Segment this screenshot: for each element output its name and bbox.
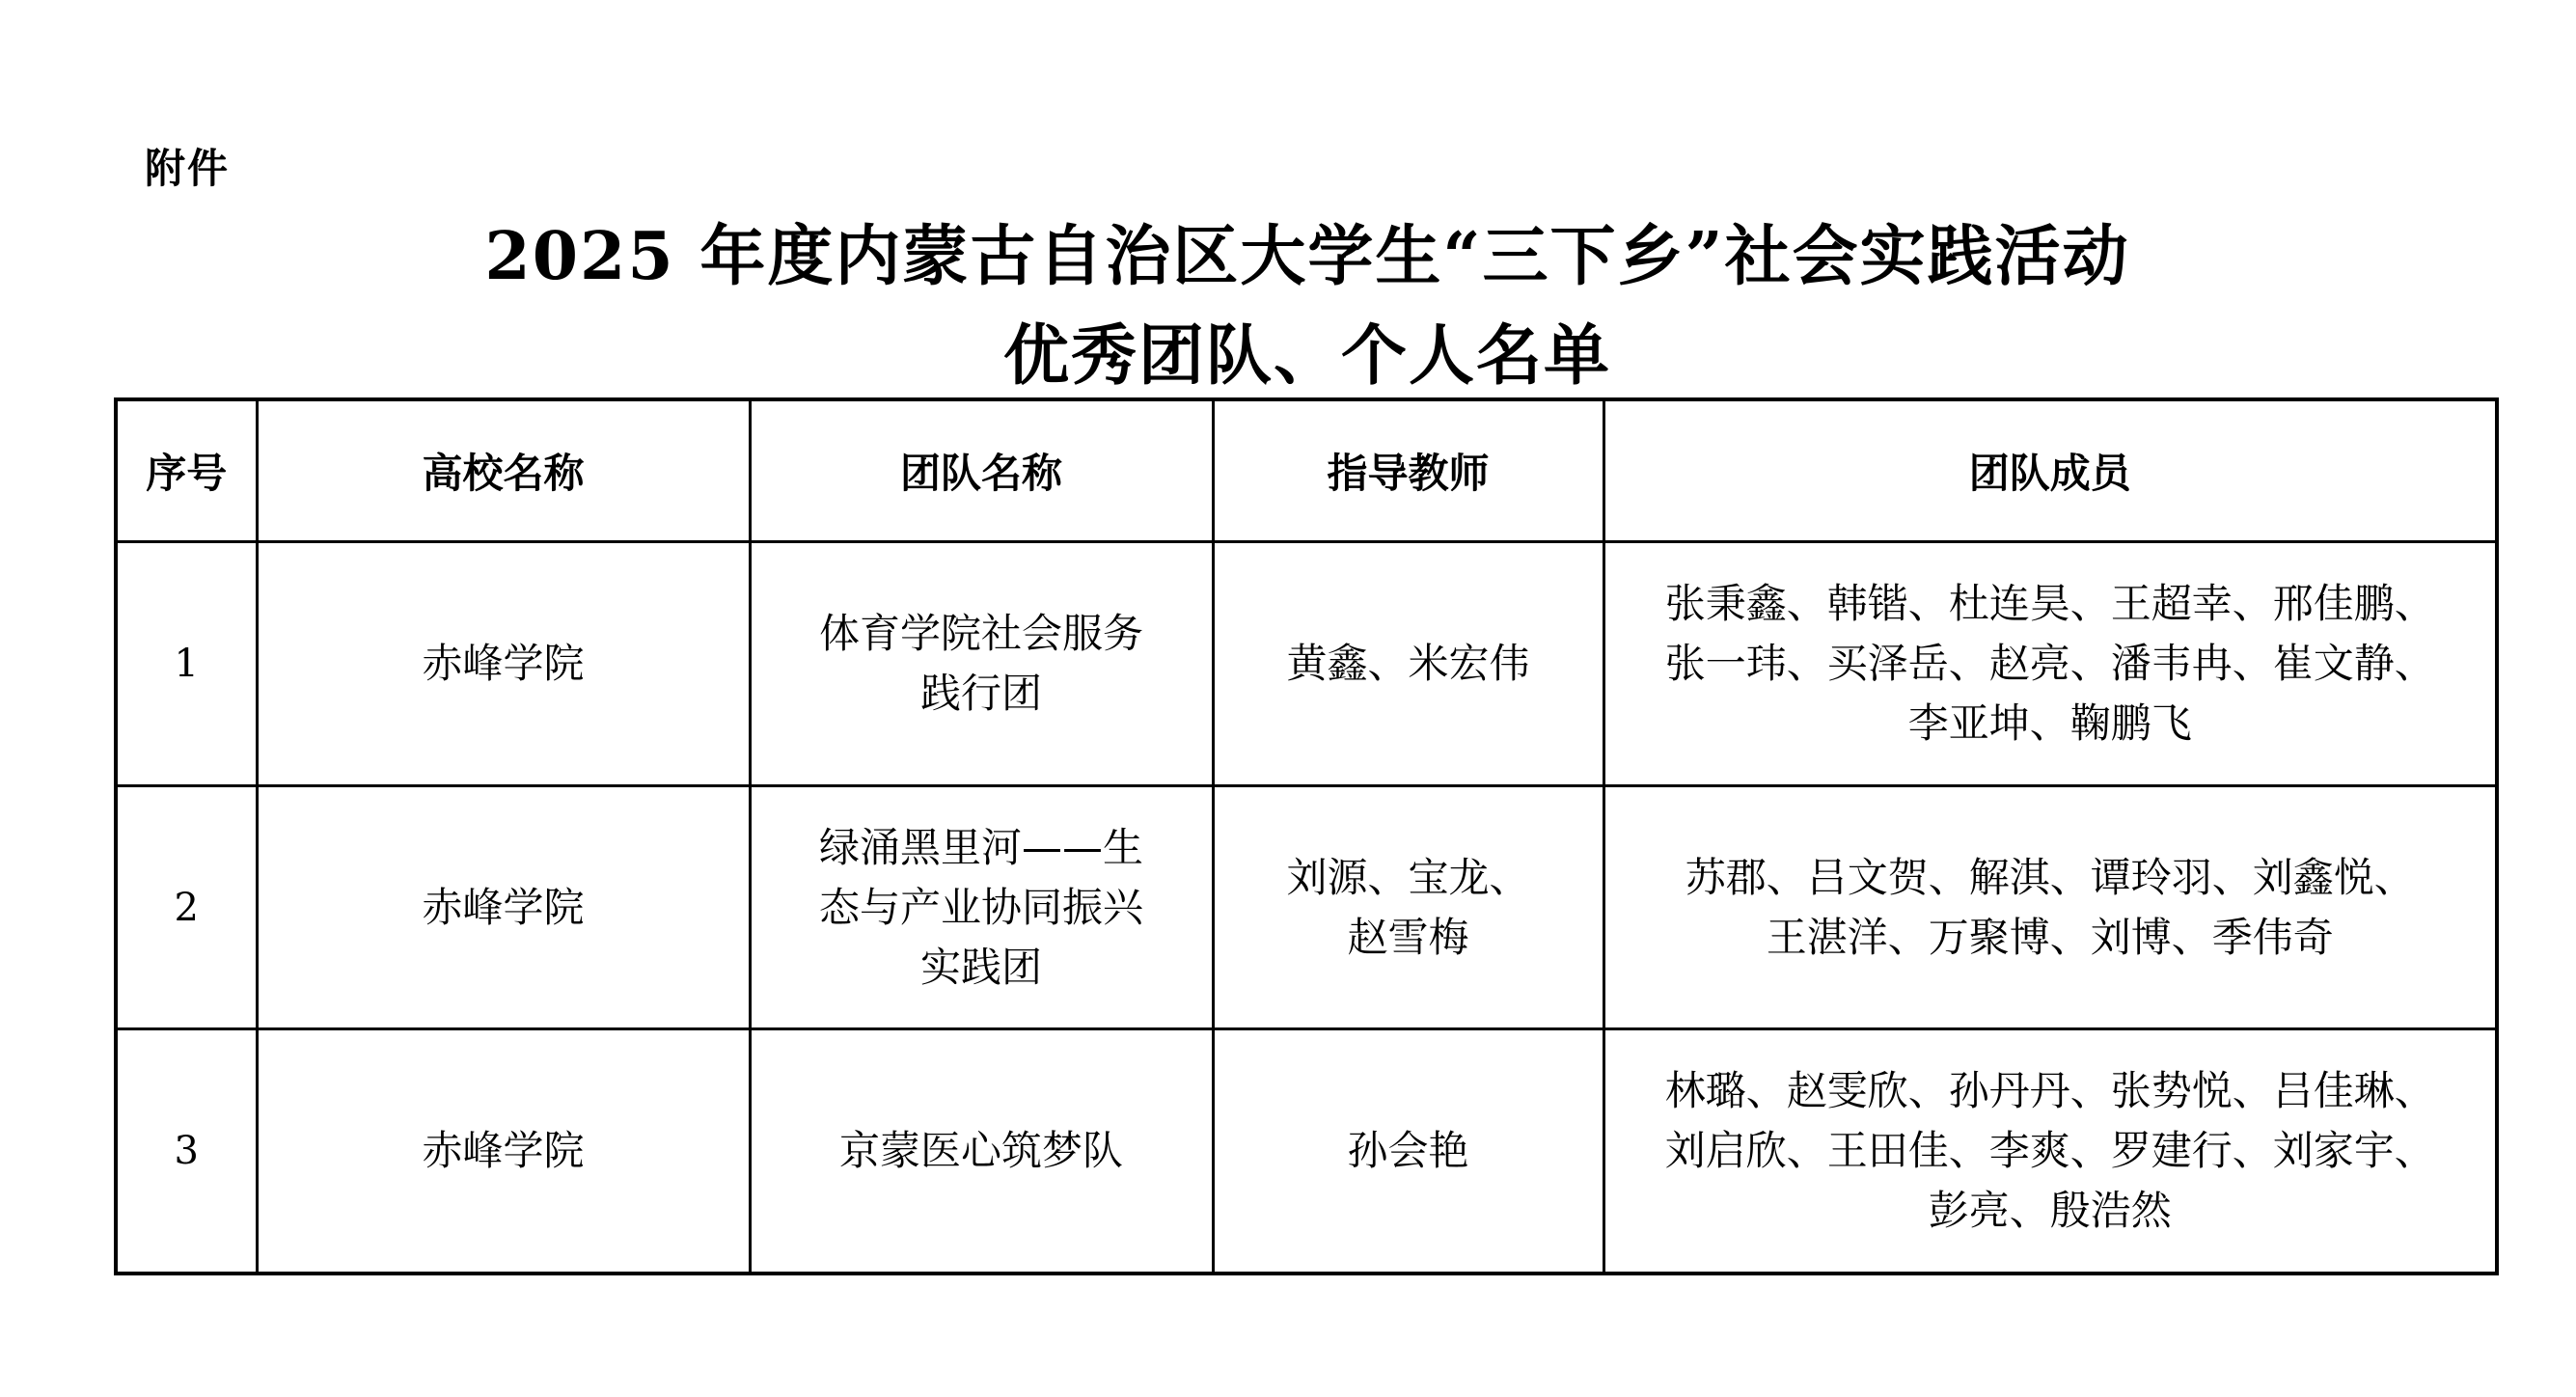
table-header-row: 序号 高校名称 团队名称 指导教师 团队成员 bbox=[116, 399, 2497, 542]
team-name-line: 体育学院社会服务 bbox=[765, 604, 1198, 664]
members-line: 王湛洋、万聚博、刘博、季伟奇 bbox=[1619, 908, 2482, 968]
members-line: 彭亮、殷浩然 bbox=[1619, 1181, 2482, 1241]
cell-team: 京蒙医心筑梦队 bbox=[750, 1029, 1213, 1274]
team-name-line: 京蒙医心筑梦队 bbox=[765, 1121, 1198, 1181]
members-line: 苏郡、吕文贺、解淇、谭玲羽、刘鑫悦、 bbox=[1619, 848, 2482, 908]
header-school: 高校名称 bbox=[257, 399, 750, 542]
team-name-line: 态与产业协同振兴 bbox=[765, 878, 1198, 938]
members-line: 张一玮、买泽岳、赵亮、潘韦冉、崔文静、 bbox=[1619, 634, 2482, 694]
cell-school: 赤峰学院 bbox=[257, 786, 750, 1029]
cell-members: 张秉鑫、韩锴、杜连昊、王超幸、邢佳鹏、 张一玮、买泽岳、赵亮、潘韦冉、崔文静、 … bbox=[1603, 542, 2497, 786]
cell-school: 赤峰学院 bbox=[257, 542, 750, 786]
cell-members: 林璐、赵雯欣、孙丹丹、张势悦、吕佳琳、 刘启欣、王田佳、李爽、罗建行、刘家宇、 … bbox=[1603, 1029, 2497, 1274]
members-line: 刘启欣、王田佳、李爽、罗建行、刘家宇、 bbox=[1619, 1121, 2482, 1181]
header-members: 团队成员 bbox=[1603, 399, 2497, 542]
header-team: 团队名称 bbox=[750, 399, 1213, 542]
cell-members: 苏郡、吕文贺、解淇、谭玲羽、刘鑫悦、 王湛洋、万聚博、刘博、季伟奇 bbox=[1603, 786, 2497, 1029]
cell-index: 3 bbox=[116, 1029, 257, 1274]
advisor-line: 黄鑫、米宏伟 bbox=[1228, 634, 1589, 694]
award-list-table: 序号 高校名称 团队名称 指导教师 团队成员 1 赤峰学院 体育学院社会服务 践… bbox=[114, 397, 2499, 1275]
cell-team: 体育学院社会服务 践行团 bbox=[750, 542, 1213, 786]
cell-advisor: 孙会艳 bbox=[1213, 1029, 1603, 1274]
advisor-line: 赵雪梅 bbox=[1228, 908, 1589, 968]
members-line: 李亚坤、鞠鹏飞 bbox=[1619, 694, 2482, 753]
advisor-line: 刘源、宝龙、 bbox=[1228, 848, 1589, 908]
cell-index: 2 bbox=[116, 786, 257, 1029]
attachment-label: 附件 bbox=[145, 137, 230, 195]
members-line: 张秉鑫、韩锴、杜连昊、王超幸、邢佳鹏、 bbox=[1619, 574, 2482, 634]
table-row: 1 赤峰学院 体育学院社会服务 践行团 黄鑫、米宏伟 张秉鑫、韩锴、杜连昊、王超… bbox=[116, 542, 2497, 786]
cell-team: 绿涌黑里河——生 态与产业协同振兴 实践团 bbox=[750, 786, 1213, 1029]
document-title-line1: 2025 年度内蒙古自治区大学生“三下乡”社会实践活动 bbox=[0, 224, 2576, 289]
cell-index: 1 bbox=[116, 542, 257, 786]
advisor-line: 孙会艳 bbox=[1228, 1121, 1589, 1181]
cell-school: 赤峰学院 bbox=[257, 1029, 750, 1274]
team-name-line: 绿涌黑里河——生 bbox=[765, 818, 1198, 878]
members-line: 林璐、赵雯欣、孙丹丹、张势悦、吕佳琳、 bbox=[1619, 1061, 2482, 1121]
team-name-line: 践行团 bbox=[765, 664, 1198, 724]
cell-advisor: 黄鑫、米宏伟 bbox=[1213, 542, 1603, 786]
header-index: 序号 bbox=[116, 399, 257, 542]
cell-advisor: 刘源、宝龙、 赵雪梅 bbox=[1213, 786, 1603, 1029]
table-row: 2 赤峰学院 绿涌黑里河——生 态与产业协同振兴 实践团 刘源、宝龙、 赵雪梅 … bbox=[116, 786, 2497, 1029]
header-advisor: 指导教师 bbox=[1213, 399, 1603, 542]
team-name-line: 实践团 bbox=[765, 938, 1198, 998]
document-title-line2: 优秀团队、个人名单 bbox=[0, 323, 2576, 389]
table-row: 3 赤峰学院 京蒙医心筑梦队 孙会艳 林璐、赵雯欣、孙丹丹、张势悦、吕佳琳、 刘… bbox=[116, 1029, 2497, 1274]
